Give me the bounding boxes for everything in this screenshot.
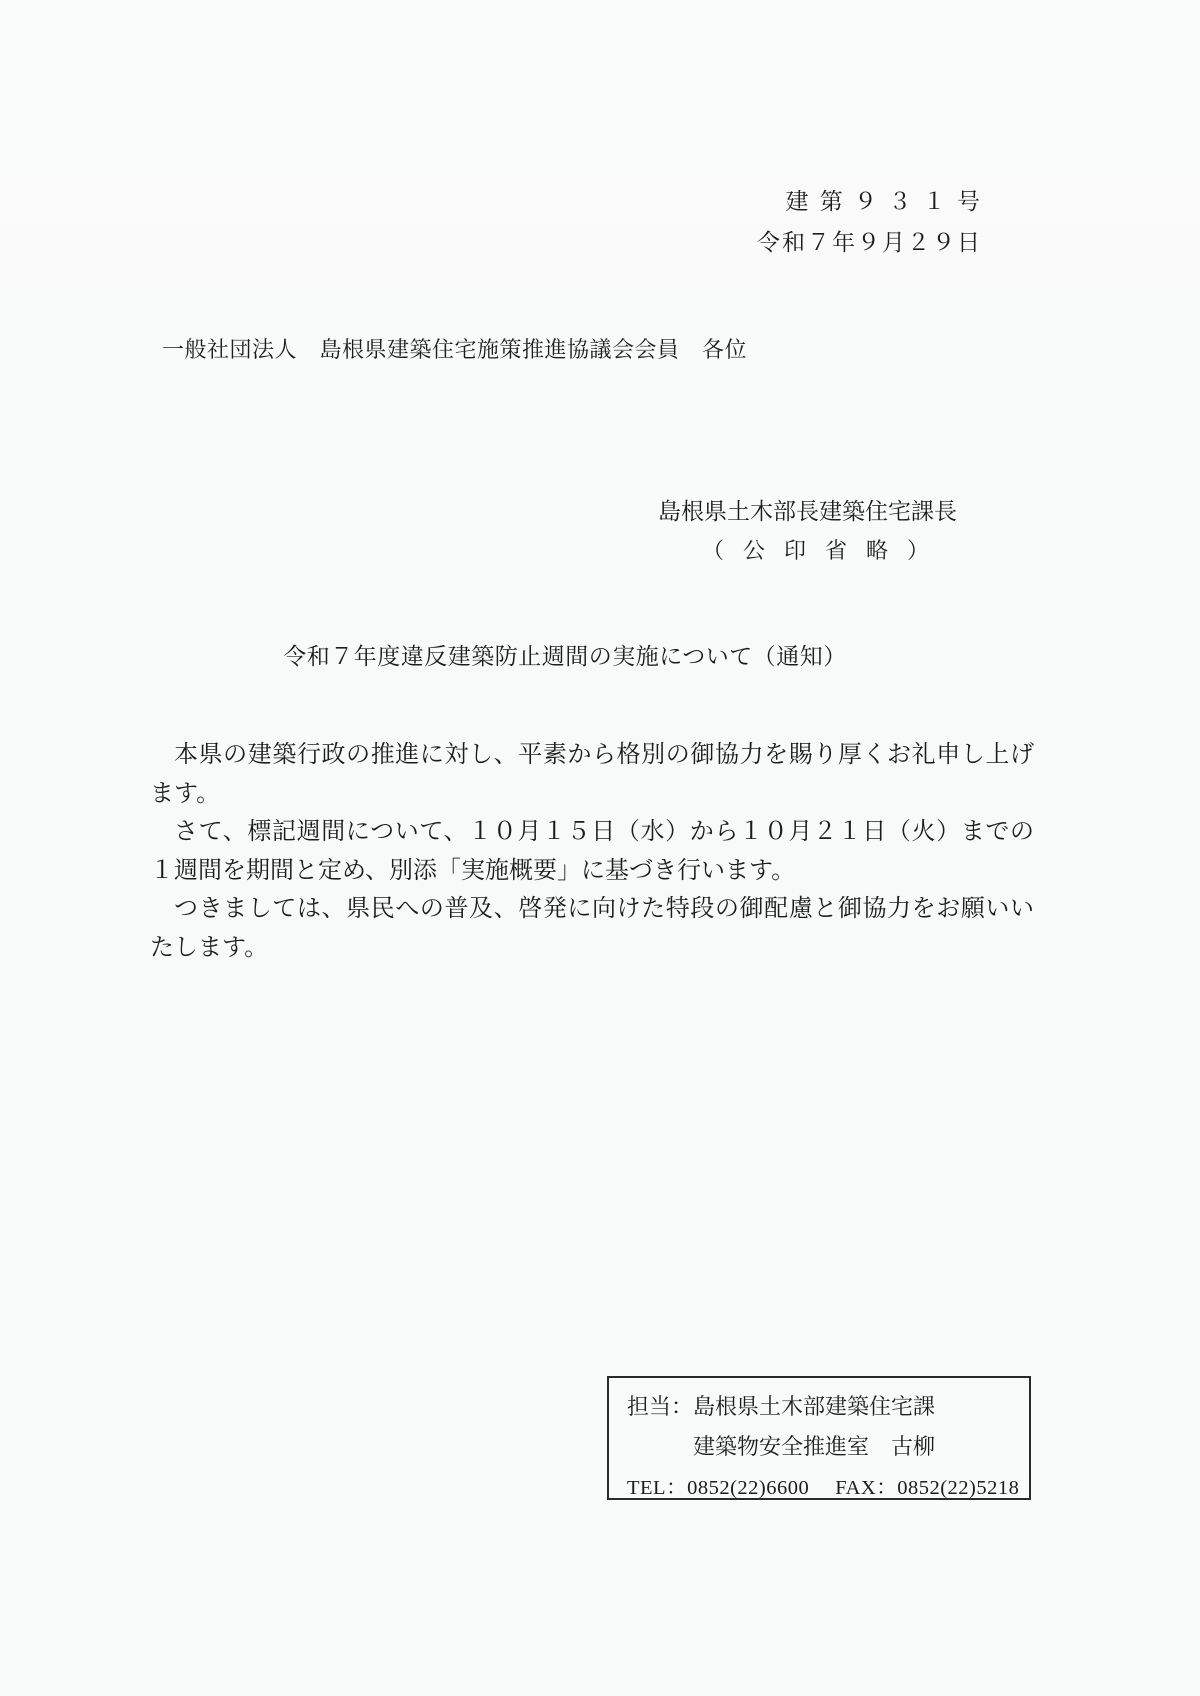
sender-title: 島根県土木部長建築住宅課長 [658, 492, 957, 532]
contact-info-box: 担当：島根県土木部建築住宅課 建築物安全推進室 古柳 TEL：0852(22)6… [607, 1376, 1031, 1500]
scanned-letter-page: 建 第 ９ ３ １ 号 令和７年９月２９日 一般社団法人 島根県建築住宅施策推進… [0, 0, 1200, 1696]
body-paragraph: 本県の建築行政の推進に対し、平素から格別の御協力を賜り厚くお礼申し上げます。 [150, 735, 1034, 812]
sender-block: 島根県土木部長建築住宅課長 （ 公 印 省 略 ） [658, 492, 957, 572]
document-header-meta: 建 第 ９ ３ １ 号 令和７年９月２９日 [757, 182, 982, 264]
seal-omitted-note: （ 公 印 省 略 ） [658, 532, 935, 572]
contact-fax: FAX：0852(22)5218 [835, 1477, 1019, 1499]
contact-tel: TEL：0852(22)6600 [627, 1477, 809, 1499]
document-date: 令和７年９月２９日 [757, 223, 982, 264]
contact-department-line: 担当：島根県土木部建築住宅課 [627, 1388, 1029, 1428]
contact-office-line: 建築物安全推進室 古柳 [627, 1428, 1029, 1468]
document-number: 建 第 ９ ３ １ 号 [757, 182, 982, 223]
body-paragraph: さて、標記週間について、１０月１５日（水）から１０月２１日（火）までの１週間を期… [150, 812, 1034, 889]
addressee-line: 一般社団法人 島根県建築住宅施策推進協議会会員 各位 [162, 333, 747, 364]
letter-body: 本県の建築行政の推進に対し、平素から格別の御協力を賜り厚くお礼申し上げます。 さ… [150, 735, 1034, 966]
contact-phone-line: TEL：0852(22)6600FAX：0852(22)5218 [627, 1468, 1029, 1508]
subject-title: 令和７年度違反建築防止週間の実施について（通知） [0, 638, 1130, 671]
body-paragraph: つきましては、県民への普及、啓発に向けた特段の御配慮と御協力をお願いいたします。 [150, 889, 1034, 966]
